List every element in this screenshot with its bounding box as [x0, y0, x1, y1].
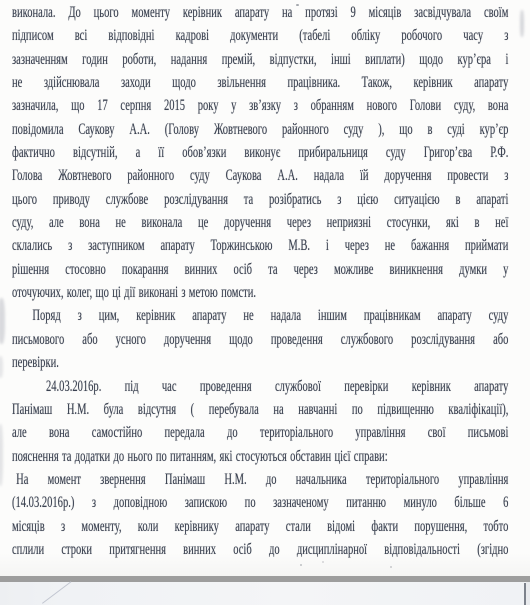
text-line: 24.03.2016р. під час проведення службово…	[12, 375, 508, 398]
document-text: виконала. До цього моменту керівник апар…	[12, 1, 508, 561]
scan-smudge	[0, 424, 3, 486]
next-page-edge	[0, 582, 530, 605]
document-paper: виконала. До цього моменту керівник апар…	[0, 0, 530, 576]
text-line: зазначенням годин роботи, надання премій…	[12, 48, 508, 71]
text-line: (14.03.2016р.) з доповідною запискою по …	[12, 491, 508, 514]
text-line: рішення стосовно покарання винних осіб т…	[12, 258, 508, 281]
text-line: склались з заступником апарату Торжинськ…	[12, 234, 508, 257]
text-line: але вона самостійно передала до територі…	[12, 421, 508, 444]
text-line: пояснення та додатки до нього по питання…	[12, 445, 508, 468]
text-line: місяців з моменту, коли керівнику апарат…	[12, 515, 508, 538]
text-line: виконала. До цього моменту керівник апар…	[12, 1, 508, 24]
text-line: цього приводу службове розслідування та …	[12, 188, 508, 211]
text-line: На момент звернення Панімаш Н.М. до нача…	[12, 468, 508, 491]
scanned-document-screenshot: виконала. До цього моменту керівник апар…	[0, 0, 530, 605]
text-line: зазначила, що 17 серпня 2015 року у зв’я…	[12, 94, 508, 117]
text-line: суду, але вона не виконала це доручення …	[12, 211, 508, 234]
scan-speck	[300, 564, 302, 566]
text-line: підписом всі відповідні кадрові документ…	[12, 24, 508, 47]
text-line: сплили строки притягнення винних осіб до…	[12, 538, 508, 561]
text-line: Поряд з цим, керівник апарату не надала …	[12, 304, 508, 327]
scan-speck	[322, 561, 324, 563]
text-line: перевірки.	[12, 351, 508, 374]
scan-smudge	[0, 356, 3, 378]
text-line: Голова Жовтневого районного суду Саукова…	[12, 164, 508, 187]
page-edge-highlight	[526, 582, 530, 605]
text-line: не здійснювала заходи щодо звільнення пр…	[12, 71, 508, 94]
scan-speck	[390, 566, 392, 568]
text-line: фактично відсутній, а її обов’язки викон…	[12, 141, 508, 164]
text-line: оточуючих, колег, що ці дії виконані з м…	[12, 281, 508, 304]
text-line: повідомила Саукову А.А. (Голову Жовтнево…	[12, 118, 508, 141]
scan-speck	[296, 4, 299, 6]
page-fold-line	[42, 581, 71, 603]
text-line: письмового або усного доручення щодо про…	[12, 328, 508, 351]
scan-smudge	[0, 298, 5, 344]
scan-smudge	[520, 10, 524, 37]
text-line: Панімаш Н.М. була відсутня ( перебувала …	[12, 398, 508, 421]
